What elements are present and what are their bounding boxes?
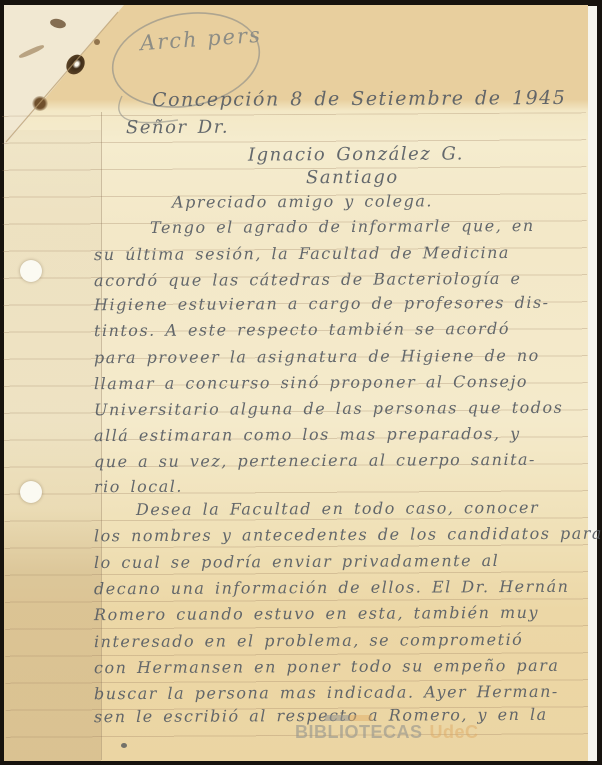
watermark-suffix: UdeC <box>430 722 479 743</box>
handwriting-line: Apreciado amigo y colega. <box>172 191 433 211</box>
handwriting-line: Universitario alguna de las personas que… <box>94 398 563 419</box>
handwriting-line: su última sesión, la Facultad de Medicin… <box>94 243 510 264</box>
handwriting-line: interesado en el problema, se comprometi… <box>94 630 523 651</box>
handwriting-line: para proveer la asignatura de Higiene de… <box>94 346 540 367</box>
handwriting-line: buscar la persona mas indicada. Ayer Her… <box>94 682 559 703</box>
handwriting-line: Higiene estuvieran a cargo de profesores… <box>94 293 550 314</box>
handwriting-line: allá estimaran como los mas preparados, … <box>94 424 521 445</box>
library-watermark: BIBLIOTECAS UdeC <box>295 722 479 743</box>
handwriting-line: acordó que las cátedras de Bacteriología… <box>94 269 522 290</box>
scanned-letter-page: Arch pers Concepción 8 de Setiembre de 1… <box>0 0 602 765</box>
handwriting-line: los nombres y antecedentes de los candid… <box>94 524 602 546</box>
letter-lines: Concepción 8 de Setiembre de 1945Señor D… <box>0 0 602 765</box>
handwriting-line: con Hermansen en poner todo su empeño pa… <box>94 656 559 677</box>
handwriting-line: rio local. <box>94 477 183 496</box>
handwriting-line: Tengo el agrado de informarle que, en <box>150 216 535 237</box>
handwriting-line: lo cual se podría enviar privadamente al <box>94 551 499 572</box>
handwriting-line: Ignacio González G. <box>248 143 464 165</box>
watermark-logo-bar <box>325 715 372 721</box>
handwriting-line: Señor Dr. <box>126 117 229 139</box>
handwriting-line: Romero cuando estuvo en esta, también mu… <box>94 603 539 624</box>
watermark-text: BIBLIOTECAS <box>295 722 423 743</box>
handwriting-line: decano una información de ellos. El Dr. … <box>94 577 570 598</box>
handwriting-line: Santiago <box>306 167 399 188</box>
handwriting-line: que a su vez, perteneciera al cuerpo san… <box>94 450 536 471</box>
handwriting-line: tintos. A este respecto también se acord… <box>94 319 510 340</box>
handwriting-line: Desea la Facultad en todo caso, conocer <box>136 498 539 519</box>
handwriting-line: Concepción 8 de Setiembre de 1945 <box>152 87 566 111</box>
handwriting-line: llamar a concurso sinó proponer al Conse… <box>94 372 528 393</box>
